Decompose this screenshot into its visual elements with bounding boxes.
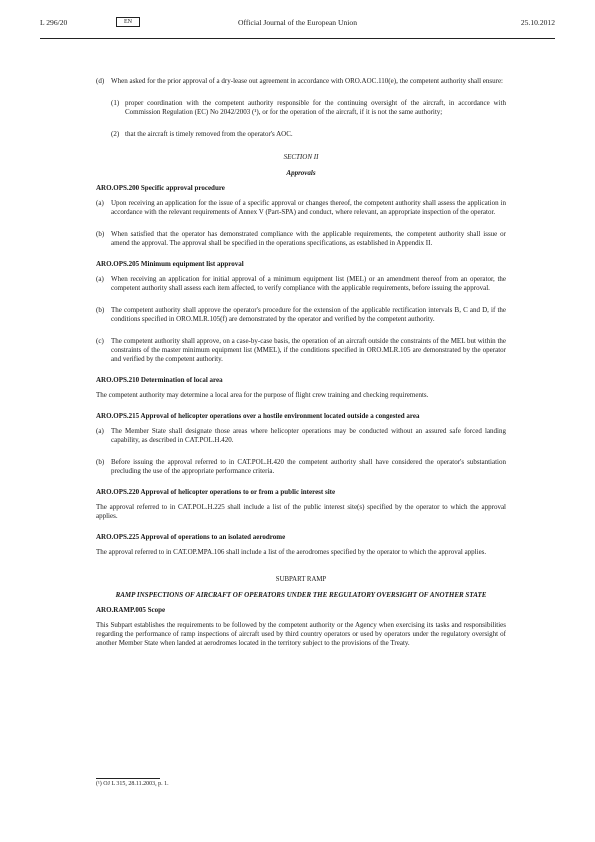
item-text: When asked for the prior approval of a d…	[111, 77, 506, 86]
list-item: (c) The competent authority shall approv…	[96, 337, 506, 364]
list-item-d: (d) When asked for the prior approval of…	[96, 77, 506, 86]
item-text: The competent authority shall approve th…	[111, 306, 506, 324]
item-text: When satisfied that the operator has dem…	[111, 230, 506, 248]
article-heading: ARO.OPS.200 Specific approval procedure	[96, 184, 506, 193]
footnote: (¹) OJ L 315, 28.11.2003, p. 1.	[96, 778, 506, 787]
item-label: (b)	[96, 458, 104, 467]
article-heading: ARO.OPS.220 Approval of helicopter opera…	[96, 488, 506, 497]
publication-date: 25.10.2012	[521, 18, 555, 27]
section-title: Approvals	[96, 169, 506, 178]
footnote-divider	[96, 778, 160, 779]
list-item: (b) Before issuing the approval referred…	[96, 458, 506, 476]
item-label: (1)	[111, 99, 119, 108]
document-body: (d) When asked for the prior approval of…	[96, 77, 506, 648]
article-text: The approval referred to in CAT.OP.MPA.1…	[96, 548, 506, 557]
article-heading: ARO.OPS.210 Determination of local area	[96, 376, 506, 385]
list-item: (b) When satisfied that the operator has…	[96, 230, 506, 248]
list-item: (a) The Member State shall designate tho…	[96, 427, 506, 445]
item-text: Upon receiving an application for the is…	[111, 199, 506, 217]
subpart-title: RAMP INSPECTIONS OF AIRCRAFT OF OPERATOR…	[96, 591, 506, 600]
article-heading: ARO.OPS.215 Approval of helicopter opera…	[96, 412, 506, 421]
item-label: (a)	[96, 427, 104, 436]
list-item: (a) When receiving an application for in…	[96, 275, 506, 293]
sub-item-1: (1) proper coordination with the compete…	[111, 99, 506, 117]
item-label: (d)	[96, 77, 104, 86]
article-heading: ARO.RAMP.005 Scope	[96, 606, 506, 615]
page-header: L 296/20 EN Official Journal of the Euro…	[40, 14, 555, 39]
item-label: (c)	[96, 337, 104, 346]
article-text: This Subpart establishes the requirement…	[96, 621, 506, 648]
item-label: (b)	[96, 230, 104, 239]
footnote-text: (¹) OJ L 315, 28.11.2003, p. 1.	[96, 781, 169, 787]
item-label: (b)	[96, 306, 104, 315]
journal-title: Official Journal of the European Union	[40, 18, 555, 27]
item-text: The Member State shall designate those a…	[111, 427, 506, 445]
item-text: The competent authority shall approve, o…	[111, 337, 506, 364]
item-label: (2)	[111, 130, 119, 139]
section-number: SECTION II	[96, 153, 506, 162]
article-text: The approval referred to in CAT.POL.H.22…	[96, 503, 506, 521]
list-item: (a) Upon receiving an application for th…	[96, 199, 506, 217]
item-text: Before issuing the approval referred to …	[111, 458, 506, 476]
item-text: proper coordination with the competent a…	[125, 99, 506, 117]
item-text: When receiving an application for initia…	[111, 275, 506, 293]
article-text: The competent authority may determine a …	[96, 391, 506, 400]
item-text: that the aircraft is timely removed from…	[125, 130, 506, 139]
article-heading: ARO.OPS.225 Approval of operations to an…	[96, 533, 506, 542]
item-label: (a)	[96, 199, 104, 208]
sub-item-2: (2) that the aircraft is timely removed …	[111, 130, 506, 139]
list-item: (b) The competent authority shall approv…	[96, 306, 506, 324]
article-heading: ARO.OPS.205 Minimum equipment list appro…	[96, 260, 506, 269]
item-label: (a)	[96, 275, 104, 284]
subpart-label: SUBPART RAMP	[96, 575, 506, 584]
